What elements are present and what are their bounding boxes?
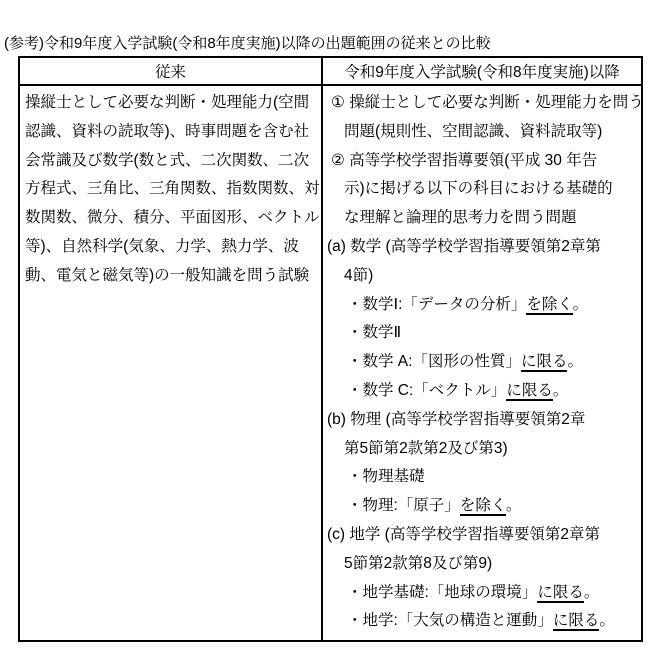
- new-scope-line: ・物理基礎: [327, 463, 640, 492]
- new-scope-line: ・数学Ⅰ:「データの分析」を除く。: [327, 291, 640, 320]
- former-scope-line: 数関数、微分、積分、平面図形、ベクトル: [25, 204, 318, 233]
- new-scope-line: 示)に掲げる以下の科目における基礎的: [327, 175, 640, 204]
- text-segment: 。: [553, 382, 569, 399]
- text-segment: ・数学Ⅱ: [347, 324, 401, 341]
- new-scope-line: 問題(規則性、空間認識、資料読取等): [327, 118, 640, 147]
- new-scope-line: ・地学:「大気の構造と運動」に限る。: [327, 607, 640, 636]
- text-segment: (c) 地学 (高等学校学習指導要領第2章第: [327, 526, 600, 543]
- new-scope-line: (a) 数学 (高等学校学習指導要領第2章第: [327, 233, 640, 262]
- underlined-text: に限る: [506, 382, 553, 401]
- new-scope-line: 第5節第2款第2及び第3): [327, 435, 640, 464]
- new-scope-line: ・物理:「原子」を除く。: [327, 492, 640, 521]
- text-segment: 。: [584, 584, 600, 601]
- former-scope-line: 等)、自然科学(気象、力学、熱力学、波: [25, 233, 318, 262]
- text-segment: ・物理:「原子」: [347, 497, 460, 514]
- text-segment: 第5節第2款第2及び第3): [344, 440, 508, 457]
- former-scope-line: 会常識及び数学(数と式、二次関数、二次: [25, 147, 318, 176]
- text-segment: 。: [573, 296, 589, 313]
- text-segment: 5節第2款第8及び第9): [344, 555, 492, 572]
- text-segment: ・地学基礎:「地球の環境」: [347, 584, 537, 601]
- document-page: (参考)令和9年度入学試験(令和8年度実施)以降の出題範囲の従来との比較 従来 …: [0, 0, 672, 672]
- new-scope-line: ・数学Ⅱ: [327, 319, 640, 348]
- text-segment: ・数学 A:「図形の性質」: [347, 353, 521, 370]
- new-scope-line: な理解と論理的思考力を問う問題: [327, 204, 640, 233]
- new-scope-line: ② 高等学校学習指導要領(平成 30 年告: [327, 147, 640, 176]
- text-segment: ① 操縦士として必要な判断・処理能力を問う: [331, 94, 641, 111]
- new-scope-line: 4節): [327, 262, 640, 291]
- text-segment: 。: [506, 497, 522, 514]
- new-scope-line: 5節第2款第8及び第9): [327, 550, 640, 579]
- text-segment: 。: [599, 612, 615, 629]
- text-segment: ・地学:「大気の構造と運動」: [347, 612, 553, 629]
- text-segment: ・物理基礎: [347, 468, 425, 485]
- former-exam-scope-cell: 操縦士として必要な判断・処理能力(空間認識、資料の読取等)、時事問題を含む社会常…: [20, 86, 323, 640]
- new-scope-line: ・数学 C:「ベクトル」に限る。: [327, 377, 640, 406]
- former-scope-line: 方程式、三角比、三角関数、指数関数、対: [25, 175, 318, 204]
- new-scope-line: ・地学基礎:「地球の環境」に限る。: [327, 579, 640, 608]
- column-header-new-exam: 令和9年度入学試験(令和8年度実施)以降: [323, 58, 641, 84]
- table-body-row: 操縦士として必要な判断・処理能力(空間認識、資料の読取等)、時事問題を含む社会常…: [20, 86, 641, 640]
- former-scope-line: 認識、資料の読取等)、時事問題を含む社: [25, 118, 318, 147]
- text-segment: 問題(規則性、空間認識、資料読取等): [344, 123, 602, 140]
- text-segment: ② 高等学校学習指導要領(平成 30 年告: [331, 152, 597, 169]
- comparison-table: 従来 令和9年度入学試験(令和8年度実施)以降 操縦士として必要な判断・処理能力…: [18, 56, 643, 642]
- text-segment: な理解と論理的思考力を問う問題: [344, 209, 577, 226]
- former-scope-line: 動、電気と磁気等)の一般知識を問う試験: [25, 262, 318, 291]
- text-segment: 4節): [344, 267, 373, 284]
- text-segment: ・数学 C:「ベクトル」: [347, 382, 506, 399]
- page-title: (参考)令和9年度入学試験(令和8年度実施)以降の出題範囲の従来との比較: [4, 32, 491, 53]
- new-scope-line: ・数学 A:「図形の性質」に限る。: [327, 348, 640, 377]
- underlined-text: に限る: [521, 353, 568, 372]
- former-scope-line: 操縦士として必要な判断・処理能力(空間: [25, 89, 318, 118]
- text-segment: (a) 数学 (高等学校学習指導要領第2章第: [327, 238, 601, 255]
- underlined-text: に限る: [537, 584, 584, 603]
- text-segment: (b) 物理 (高等学校学習指導要領第2章: [327, 411, 585, 428]
- text-segment: 。: [567, 353, 583, 370]
- underlined-text: を除く: [526, 296, 572, 315]
- new-exam-scope-cell: ① 操縦士として必要な判断・処理能力を問う問題(規則性、空間認識、資料読取等)②…: [323, 86, 641, 640]
- new-scope-line: ① 操縦士として必要な判断・処理能力を問う: [327, 89, 640, 118]
- text-segment: ・数学Ⅰ:「データの分析」: [347, 296, 526, 313]
- text-segment: 示)に掲げる以下の科目における基礎的: [344, 180, 613, 197]
- column-header-former: 従来: [20, 58, 323, 84]
- new-scope-line: (c) 地学 (高等学校学習指導要領第2章第: [327, 521, 640, 550]
- underlined-text: に限る: [553, 612, 600, 631]
- underlined-text: を除く: [460, 497, 506, 516]
- table-header-row: 従来 令和9年度入学試験(令和8年度実施)以降: [20, 58, 641, 86]
- new-scope-line: (b) 物理 (高等学校学習指導要領第2章: [327, 406, 640, 435]
